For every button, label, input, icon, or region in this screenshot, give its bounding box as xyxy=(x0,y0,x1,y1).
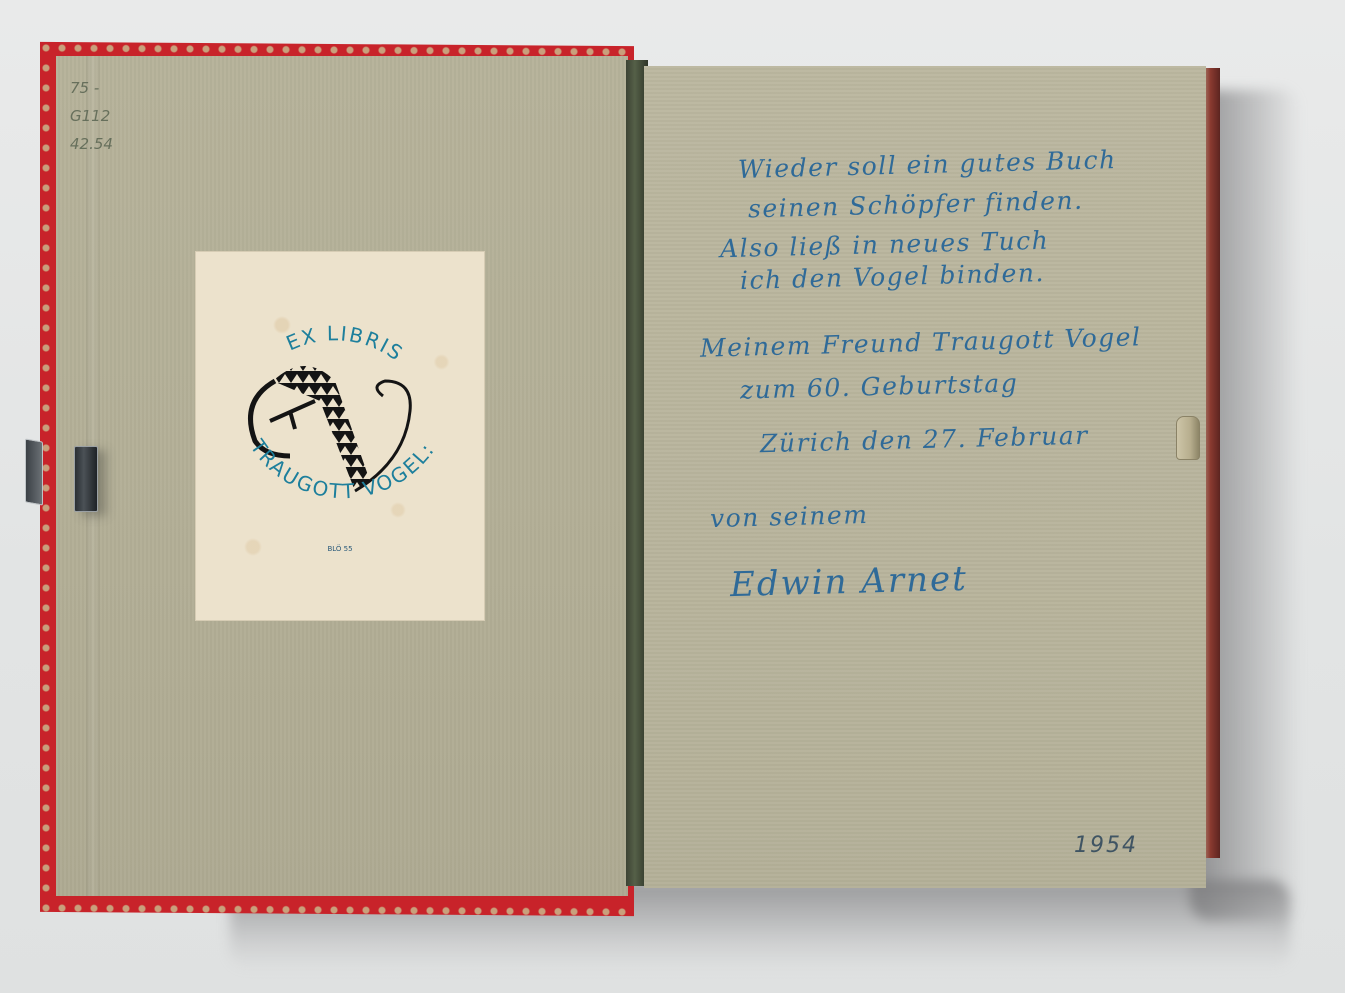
signature: Edwin Arnet xyxy=(730,559,969,605)
clasp-left-icon xyxy=(74,446,98,512)
bookplate-artist-mark: BLÖ 55 xyxy=(327,544,352,553)
pencil-shelf-marks: 75 - G112 42.54 xyxy=(70,74,150,164)
pencil-mark: 75 - xyxy=(70,74,150,102)
year-note: 1954 xyxy=(1074,833,1138,858)
pencil-mark: 42.54 xyxy=(70,130,150,158)
svg-text:EX LIBRIS: EX LIBRIS xyxy=(283,321,409,366)
inscription-line: von seinem xyxy=(710,500,869,533)
clasp-catch-icon xyxy=(1176,416,1200,460)
pencil-mark: G112 xyxy=(70,102,150,130)
clasp-outer-icon xyxy=(25,438,43,505)
ex-libris-monogram-icon: EX LIBRIS TRAUGOTT VOGEL: BLÖ 55 xyxy=(195,251,485,621)
bookplate-top-text: EX LIBRIS xyxy=(283,321,409,366)
ex-libris-bookplate: EX LIBRIS TRAUGOTT VOGEL: BLÖ 55 xyxy=(195,251,485,621)
